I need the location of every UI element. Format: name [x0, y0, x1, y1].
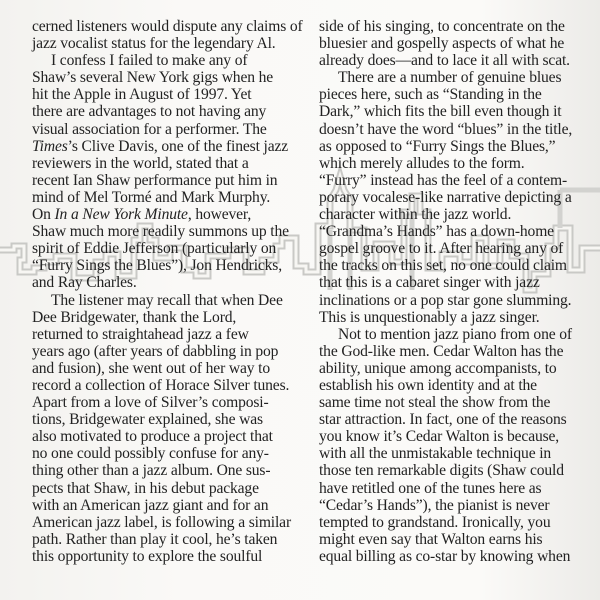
- text-line: with all the unmistakable technique in: [319, 445, 594, 462]
- text-line: this opportunity to explore the soulful: [32, 548, 307, 565]
- text-line: ability, unique among accompanists, to: [319, 360, 594, 377]
- text-line: “Furry Sings the Blues”), Jon Hendricks,: [32, 257, 307, 274]
- text-line: with an American jazz giant and for an: [32, 497, 307, 514]
- text-line: Dark,” which fits the bill even though i…: [319, 103, 594, 120]
- text-line: tempted to grandstand. Ironically, you: [319, 514, 594, 531]
- text-line: The listener may recall that when Dee: [32, 292, 307, 309]
- text-column-right: side of his singing, to concentrate on t…: [319, 18, 594, 565]
- text-line: porary vocalese-like narrative depicting…: [319, 189, 594, 206]
- text-line: thing other than a jazz album. One sus-: [32, 462, 307, 479]
- text-fragment: On: [32, 206, 55, 223]
- text-line: star attraction. In fact, one of the rea…: [319, 411, 594, 428]
- paragraph: side of his singing, to concentrate on t…: [319, 18, 594, 69]
- text-line: there are advantages to not having any: [32, 103, 307, 120]
- text-line: “Furry” instead has the feel of a contem…: [319, 172, 594, 189]
- text-line: years ago (after years of dabbling in po…: [32, 343, 307, 360]
- text-fragment: , however,: [188, 206, 251, 223]
- text-line: also motivated to produce a project that: [32, 428, 307, 445]
- text-line: bluesier and gospelly aspects of what he: [319, 35, 594, 52]
- text-line: have retitled one of the tunes here as: [319, 480, 594, 497]
- paragraph: cerned listeners would dispute any claim…: [32, 18, 307, 52]
- text-line: establish his own identity and at the: [319, 377, 594, 394]
- text-line: which merely alludes to the form.: [319, 155, 594, 172]
- text-line: the tracks on this set, no one could cla…: [319, 257, 594, 274]
- text-line: gospel groove to it. After hearing any o…: [319, 240, 594, 257]
- text-line: hit the Apple in August of 1997. Yet: [32, 86, 307, 103]
- text-line: “Grandma’s Hands” has a down-home: [319, 223, 594, 240]
- text-line: Dee Bridgewater, thank the Lord,: [32, 309, 307, 326]
- text-line: This is unquestionably a jazz singer.: [319, 309, 594, 326]
- text-column-left: cerned listeners would dispute any claim…: [32, 18, 307, 565]
- text-line: pects that Shaw, in his debut package: [32, 480, 307, 497]
- text-line: Apart from a love of Silver’s composi-: [32, 394, 307, 411]
- italic-publication-name: Times: [32, 138, 68, 155]
- text-line: pieces here, such as “Standing in the: [319, 86, 594, 103]
- text-line: Not to mention jazz piano from one of: [319, 326, 594, 343]
- italic-album-title: In a New York Minute: [55, 206, 188, 223]
- text-line: “Cedar’s Hands”), the pianist is never: [319, 497, 594, 514]
- text-line: the God-like men. Cedar Walton has the: [319, 343, 594, 360]
- text-line: tions, Bridgewater explained, she was: [32, 411, 307, 428]
- text-line: and Ray Charles.: [32, 274, 307, 291]
- text-line: equal billing as co-star by knowing when: [319, 548, 594, 565]
- text-line: as opposed to “Furry Sings the Blues,”: [319, 138, 594, 155]
- paragraph: There are a number of genuine blues piec…: [319, 69, 594, 325]
- text-line: Shaw much more readily summons up the: [32, 223, 307, 240]
- text-line: spirit of Eddie Jefferson (particularly …: [32, 240, 307, 257]
- text-line: no one could possibly confuse for any-: [32, 445, 307, 462]
- text-line: reviewers in the world, stated that a: [32, 155, 307, 172]
- text-line: you know it’s Cedar Walton is because,: [319, 428, 594, 445]
- text-line-with-italic: Times’s Clive Davis, one of the finest j…: [32, 138, 307, 155]
- text-line: might even say that Walton earns his: [319, 531, 594, 548]
- text-line: and fusion), she went out of her way to: [32, 360, 307, 377]
- paragraph: Not to mention jazz piano from one of th…: [319, 326, 594, 565]
- text-line: returned to straightahead jazz a few: [32, 326, 307, 343]
- liner-notes-page: cerned listeners would dispute any claim…: [0, 0, 600, 600]
- text-line: doesn’t have the word “blues” in the tit…: [319, 121, 594, 138]
- text-line: path. Rather than play it cool, he’s tak…: [32, 531, 307, 548]
- text-line: same time not steal the show from the: [319, 394, 594, 411]
- paragraph: I confess I failed to make any of Shaw’s…: [32, 52, 307, 291]
- text-line: American jazz label, is following a simi…: [32, 514, 307, 531]
- text-line: recent Ian Shaw performance put him in: [32, 172, 307, 189]
- text-line: Shaw’s several New York gigs when he: [32, 69, 307, 86]
- text-line: already does—and to lace it all with sca…: [319, 52, 594, 69]
- text-line: those ten remarkable digits (Shaw could: [319, 462, 594, 479]
- text-line: jazz vocalist status for the legendary A…: [32, 35, 307, 52]
- text-line: mind of Mel Tormé and Mark Murphy.: [32, 189, 307, 206]
- text-line: record a collection of Horace Silver tun…: [32, 377, 307, 394]
- text-line: side of his singing, to concentrate on t…: [319, 18, 594, 35]
- text-line: character within the jazz world.: [319, 206, 594, 223]
- text-line: visual association for a performer. The: [32, 121, 307, 138]
- text-line: that this is a cabaret singer with jazz: [319, 274, 594, 291]
- text-line: inclinations or a pop star gone slumming…: [319, 292, 594, 309]
- text-line: There are a number of genuine blues: [319, 69, 594, 86]
- text-fragment: ’s Clive Davis, one of the finest jazz: [68, 138, 288, 155]
- text-line-with-italic: On In a New York Minute, however,: [32, 206, 307, 223]
- paragraph: The listener may recall that when Dee De…: [32, 292, 307, 566]
- text-line: cerned listeners would dispute any claim…: [32, 18, 307, 35]
- text-line: I confess I failed to make any of: [32, 52, 307, 69]
